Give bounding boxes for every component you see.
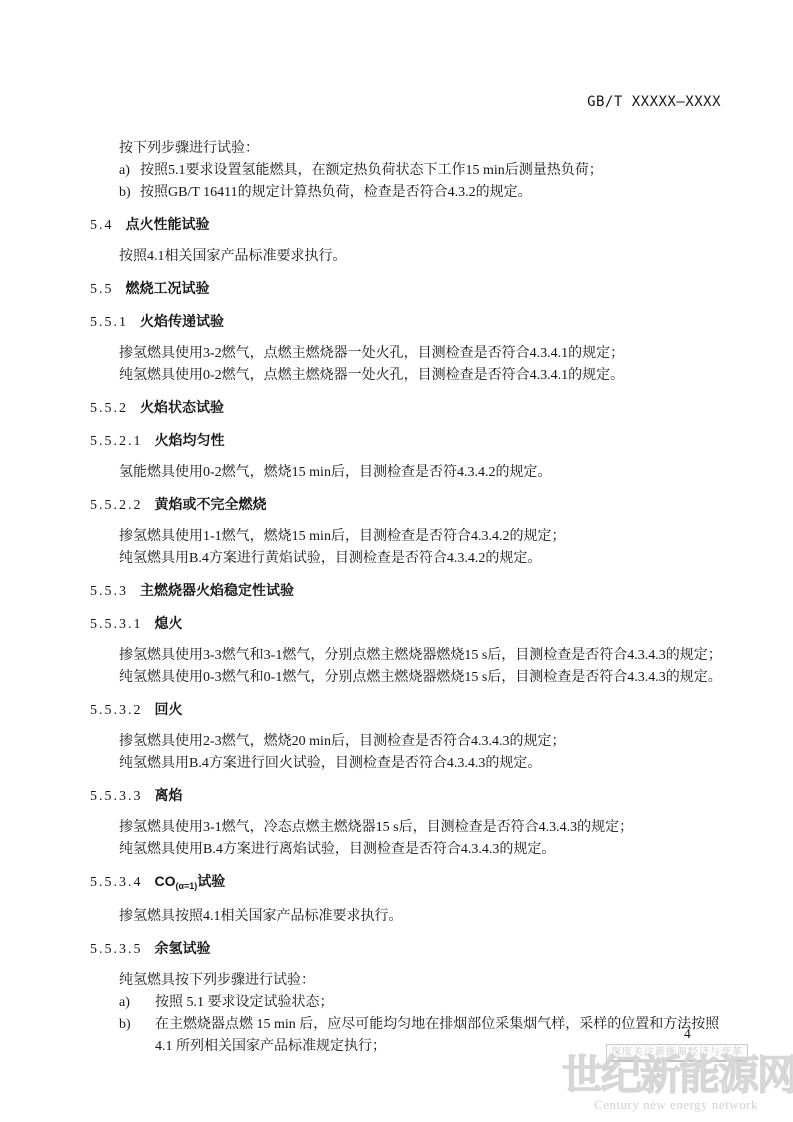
heading-5-5: 5.5燃烧工况试验	[90, 277, 731, 301]
watermark-logo-text: 世纪新能源网	[562, 1052, 793, 1098]
heading-title: 离焰	[155, 787, 183, 803]
list-marker: a)	[119, 992, 155, 1014]
heading-5-5-2-2: 5.5.2.2黄焰或不完全燃烧	[90, 493, 731, 517]
heading-number: 5.5.3.1	[90, 617, 143, 632]
para-line: 纯氢燃具使用0-2燃气，点燃主燃烧器一处火孔，目测检查是否符合4.3.4.1的规…	[119, 365, 731, 387]
list-item-b: b) 按照GB/T 16411的规定计算热负荷，检查是否符合4.3.2的规定。	[119, 182, 731, 204]
list-item-text: 按照GB/T 16411的规定计算热负荷，检查是否符合4.3.2的规定。	[140, 182, 532, 204]
heading-5-5-3-5: 5.5.3.5余氢试验	[90, 937, 731, 961]
heading-5-5-3: 5.5.3主燃烧器火焰稳定性试验	[90, 579, 731, 603]
co-suffix: 试验	[197, 873, 225, 889]
para-5-5-3-4: 掺氢燃具按照4.1相关国家产品标准要求执行。	[119, 906, 731, 928]
heading-title: 燃烧工况试验	[126, 280, 210, 296]
heading-title: CO(α=1)试验	[155, 873, 226, 889]
co-label: CO	[155, 873, 176, 889]
heading-title: 黄焰或不完全燃烧	[155, 496, 267, 512]
step-item-a: a) 按照 5.1 要求设定试验状态；	[119, 992, 731, 1014]
heading-5-5-1: 5.5.1火焰传递试验	[90, 310, 731, 334]
para-line: 掺氢燃具使用3-1燃气，冷态点燃主燃烧器15 s后，目测检查是否符合4.3.4.…	[119, 817, 731, 839]
para-line: 掺氢燃具使用2-3燃气，燃烧20 min后，目测检查是否符合4.3.4.3的规定…	[119, 731, 731, 753]
step-b-line1: 在主燃烧器点燃 15 min 后，应尽可能均匀地在排烟部位采集烟气样，采样的位置…	[155, 1014, 719, 1036]
para-line: 纯氢燃具用B.4方案进行回火试验，目测检查是否符合4.3.4.3的规定。	[119, 753, 731, 775]
para-5-5-3-2: 掺氢燃具使用2-3燃气，燃烧20 min后，目测检查是否符合4.3.4.3的规定…	[90, 731, 731, 775]
heading-5-5-3-4: 5.5.3.4CO(α=1)试验	[90, 870, 731, 897]
intro-lead: 按下列步骤进行试验：	[119, 138, 731, 160]
standard-code-header: GB/T XXXXX—XXXX	[587, 94, 721, 110]
heading-number: 5.5.1	[90, 315, 128, 330]
watermark-english-text: Century new energy network	[594, 1097, 758, 1113]
list-marker: a)	[119, 160, 140, 182]
list-marker: b)	[119, 182, 140, 204]
page-number: 4	[684, 1026, 691, 1042]
heading-number: 5.5.3.3	[90, 789, 143, 804]
heading-number: 5.5.3	[90, 584, 128, 599]
heading-5-5-3-3: 5.5.3.3离焰	[90, 784, 731, 808]
para-5-5-3-3: 掺氢燃具使用3-1燃气，冷态点燃主燃烧器15 s后，目测检查是否符合4.3.4.…	[90, 817, 731, 861]
heading-5-5-2: 5.5.2火焰状态试验	[90, 396, 731, 420]
para-5-5-2-2: 掺氢燃具使用1-1燃气，燃烧15 min后，目测检查是否符合4.3.4.2的规定…	[90, 526, 731, 570]
heading-number: 5.5.2.1	[90, 434, 143, 449]
heading-5-4: 5.4点火性能试验	[90, 213, 731, 237]
heading-number: 5.5.3.2	[90, 703, 143, 718]
heading-title: 熄火	[155, 615, 183, 631]
heading-title: 点火性能试验	[126, 216, 210, 232]
heading-5-5-3-1: 5.5.3.1熄火	[90, 612, 731, 636]
heading-number: 5.5.3.5	[90, 942, 143, 957]
heading-title: 火焰状态试验	[140, 399, 224, 415]
document-page: GB/T XXXXX—XXXX 按下列步骤进行试验： a) 按照5.1要求设置氢…	[0, 0, 793, 1122]
para-line: 纯氢燃具用B.4方案进行黄焰试验，目测检查是否符合4.3.4.2的规定。	[119, 548, 731, 570]
heading-number: 5.5.2	[90, 401, 128, 416]
para-5-5-1: 掺氢燃具使用3-2燃气，点燃主燃烧器一处火孔，目测检查是否符合4.3.4.1的规…	[90, 343, 731, 387]
list-marker: b)	[119, 1014, 155, 1036]
heading-title: 火焰均匀性	[155, 432, 225, 448]
heading-title: 火焰传递试验	[140, 313, 224, 329]
document-body: 按下列步骤进行试验： a) 按照5.1要求设置氢能燃具，在额定热负荷状态下工作1…	[90, 129, 731, 1058]
heading-title: 主燃烧器火焰稳定性试验	[140, 582, 294, 598]
heading-number: 5.5	[90, 282, 114, 297]
heading-title: 回火	[155, 701, 183, 717]
list-item-text: 按照 5.1 要求设定试验状态；	[155, 992, 334, 1014]
heading-5-5-2-1: 5.5.2.1火焰均匀性	[90, 429, 731, 453]
para-5-4: 按照4.1相关国家产品标准要求执行。	[119, 246, 731, 268]
para-line: 掺氢燃具使用3-2燃气，点燃主燃烧器一处火孔，目测检查是否符合4.3.4.1的规…	[119, 343, 731, 365]
list-item-text: 按照5.1要求设置氢能燃具，在额定热负荷状态下工作15 min后测量热负荷；	[140, 160, 603, 182]
procedure-intro-block: 按下列步骤进行试验： a) 按照5.1要求设置氢能燃具，在额定热负荷状态下工作1…	[90, 138, 731, 204]
para-line: 纯氢燃具使用B.4方案进行离焰试验，目测检查是否符合4.3.4.3的规定。	[119, 839, 731, 861]
co-subscript: (α=1)	[176, 881, 198, 891]
para-5-5-2-1: 氢能燃具使用0-2燃气，燃烧15 min后，目测检查是否符4.3.4.2的规定。	[119, 462, 731, 484]
heading-5-5-3-2: 5.5.3.2回火	[90, 698, 731, 722]
list-item-a: a) 按照5.1要求设置氢能燃具，在额定热负荷状态下工作15 min后测量热负荷…	[119, 160, 731, 182]
para-line: 掺氢燃具使用3-3燃气和3-1燃气，分别点燃主燃烧器燃烧15 s后，目测检查是否…	[119, 645, 731, 667]
heading-title: 余氢试验	[155, 940, 211, 956]
para-line: 纯氢燃具使用0-3燃气和0-1燃气，分别点燃主燃烧器燃烧15 s后，目测检查是否…	[119, 667, 731, 689]
steps-lead: 纯氢燃具按下列步骤进行试验：	[119, 970, 731, 992]
para-line: 掺氢燃具使用1-1燃气，燃烧15 min后，目测检查是否符合4.3.4.2的规定…	[119, 526, 731, 548]
heading-number: 5.4	[90, 218, 114, 233]
para-5-5-3-1: 掺氢燃具使用3-3燃气和3-1燃气，分别点燃主燃烧器燃烧15 s后，目测检查是否…	[90, 645, 731, 689]
heading-number: 5.5.3.4	[90, 875, 143, 890]
heading-number: 5.5.2.2	[90, 498, 143, 513]
